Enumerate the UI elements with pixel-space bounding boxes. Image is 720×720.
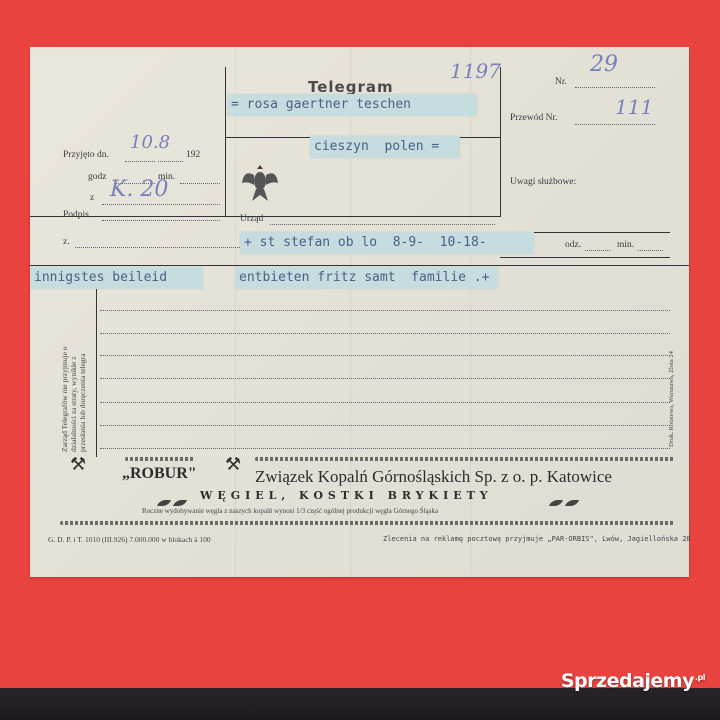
message-line[interactable] bbox=[100, 425, 670, 426]
footer-right: Zlecenia na reklamę pocztową przyjmuje „… bbox=[383, 535, 691, 543]
divider-right bbox=[500, 67, 501, 217]
advert-company: Związek Kopalń Górnośląskich Sp. z o. p.… bbox=[255, 467, 612, 487]
przyjeto-label: Przyjęto dn. bbox=[63, 150, 109, 160]
message-line[interactable] bbox=[100, 355, 670, 356]
odz-min-label: min. bbox=[617, 240, 634, 250]
wavy-divider bbox=[255, 457, 675, 461]
handwritten-signature: K. 20 bbox=[110, 177, 168, 202]
handwritten-nr: 29 bbox=[590, 52, 618, 77]
divider-row bbox=[30, 265, 689, 266]
handwritten-top-number: 1197 bbox=[450, 59, 501, 83]
advert-brand: „ROBUR" bbox=[122, 465, 197, 483]
odz-label: odz. bbox=[565, 240, 581, 250]
leaf-ornament-icon bbox=[550, 493, 582, 511]
przewod-label: Przewód Nr. bbox=[510, 113, 558, 123]
uwagi-label: Uwagi służbowe: bbox=[510, 177, 576, 187]
godz-label: godz bbox=[88, 172, 106, 182]
divider-row bbox=[30, 216, 500, 217]
footer-left: G. D. P. i T. 1010 (III.926) 7.000.000 w… bbox=[48, 535, 211, 544]
tape-city: cieszyn polen = bbox=[310, 136, 460, 158]
telegram-form: Telegram 1197 Przyjęto dn. 192 10.8 godz… bbox=[30, 47, 689, 577]
handwritten-date: 10.8 bbox=[130, 132, 170, 153]
wavy-divider bbox=[125, 457, 195, 461]
odz-min-field[interactable] bbox=[638, 250, 663, 251]
divider-right-row bbox=[500, 257, 670, 258]
eagle-emblem-icon bbox=[240, 161, 280, 205]
nr-field[interactable] bbox=[575, 87, 655, 88]
message-line[interactable] bbox=[100, 402, 670, 403]
hammer-pick-icon: ⚒ bbox=[70, 454, 86, 475]
message-line[interactable] bbox=[100, 333, 670, 334]
hammer-pick-icon: ⚒ bbox=[225, 454, 241, 475]
message-line[interactable] bbox=[100, 448, 670, 449]
tape-message-1: innigstes beileid bbox=[30, 267, 203, 289]
podpis-label: Podpis bbox=[63, 210, 89, 220]
year-label: 192 bbox=[186, 150, 200, 160]
przewod-field[interactable] bbox=[575, 124, 655, 125]
wavy-divider bbox=[60, 521, 675, 525]
message-left-border bbox=[96, 287, 97, 457]
podpis-field[interactable] bbox=[102, 220, 220, 221]
tape-origin: + st stefan ob lo 8-9- 10-18- bbox=[240, 232, 534, 254]
tape-address: = rosa gaertner teschen bbox=[227, 94, 477, 116]
divider-left bbox=[225, 67, 226, 217]
z2-field[interactable] bbox=[75, 247, 240, 248]
z-field[interactable] bbox=[102, 204, 220, 205]
day-field[interactable] bbox=[125, 161, 155, 162]
urzad-field[interactable] bbox=[270, 224, 495, 225]
bottom-dark-band bbox=[0, 688, 720, 720]
urzad-label: Urząd bbox=[240, 214, 263, 224]
month-field[interactable] bbox=[158, 161, 183, 162]
z2-label: z. bbox=[63, 237, 70, 247]
odz-field[interactable] bbox=[585, 250, 610, 251]
tape-message-2: entbieten fritz samt familie .+ bbox=[235, 267, 498, 289]
handwritten-przewod: 111 bbox=[615, 95, 653, 119]
nr-label: Nr. bbox=[555, 77, 567, 87]
advert-products: WĘGIEL, KOSTKI BRYKIETY bbox=[200, 489, 493, 502]
sprzedajemy-watermark: Sprzedajemy.pl bbox=[561, 670, 706, 692]
side-notice: Zarząd Telegrafów nie przyjmuje o działa… bbox=[60, 346, 87, 452]
printer-note: Druk. Rotatewa, Warszawa, Zlota 24 bbox=[667, 351, 676, 447]
message-line[interactable] bbox=[100, 310, 670, 311]
message-line[interactable] bbox=[100, 378, 670, 379]
advert-tagline: Roczne wydobywanie węgla z naszych kopal… bbox=[142, 507, 438, 515]
z-label: z bbox=[90, 193, 94, 203]
minute-field[interactable] bbox=[180, 183, 220, 184]
